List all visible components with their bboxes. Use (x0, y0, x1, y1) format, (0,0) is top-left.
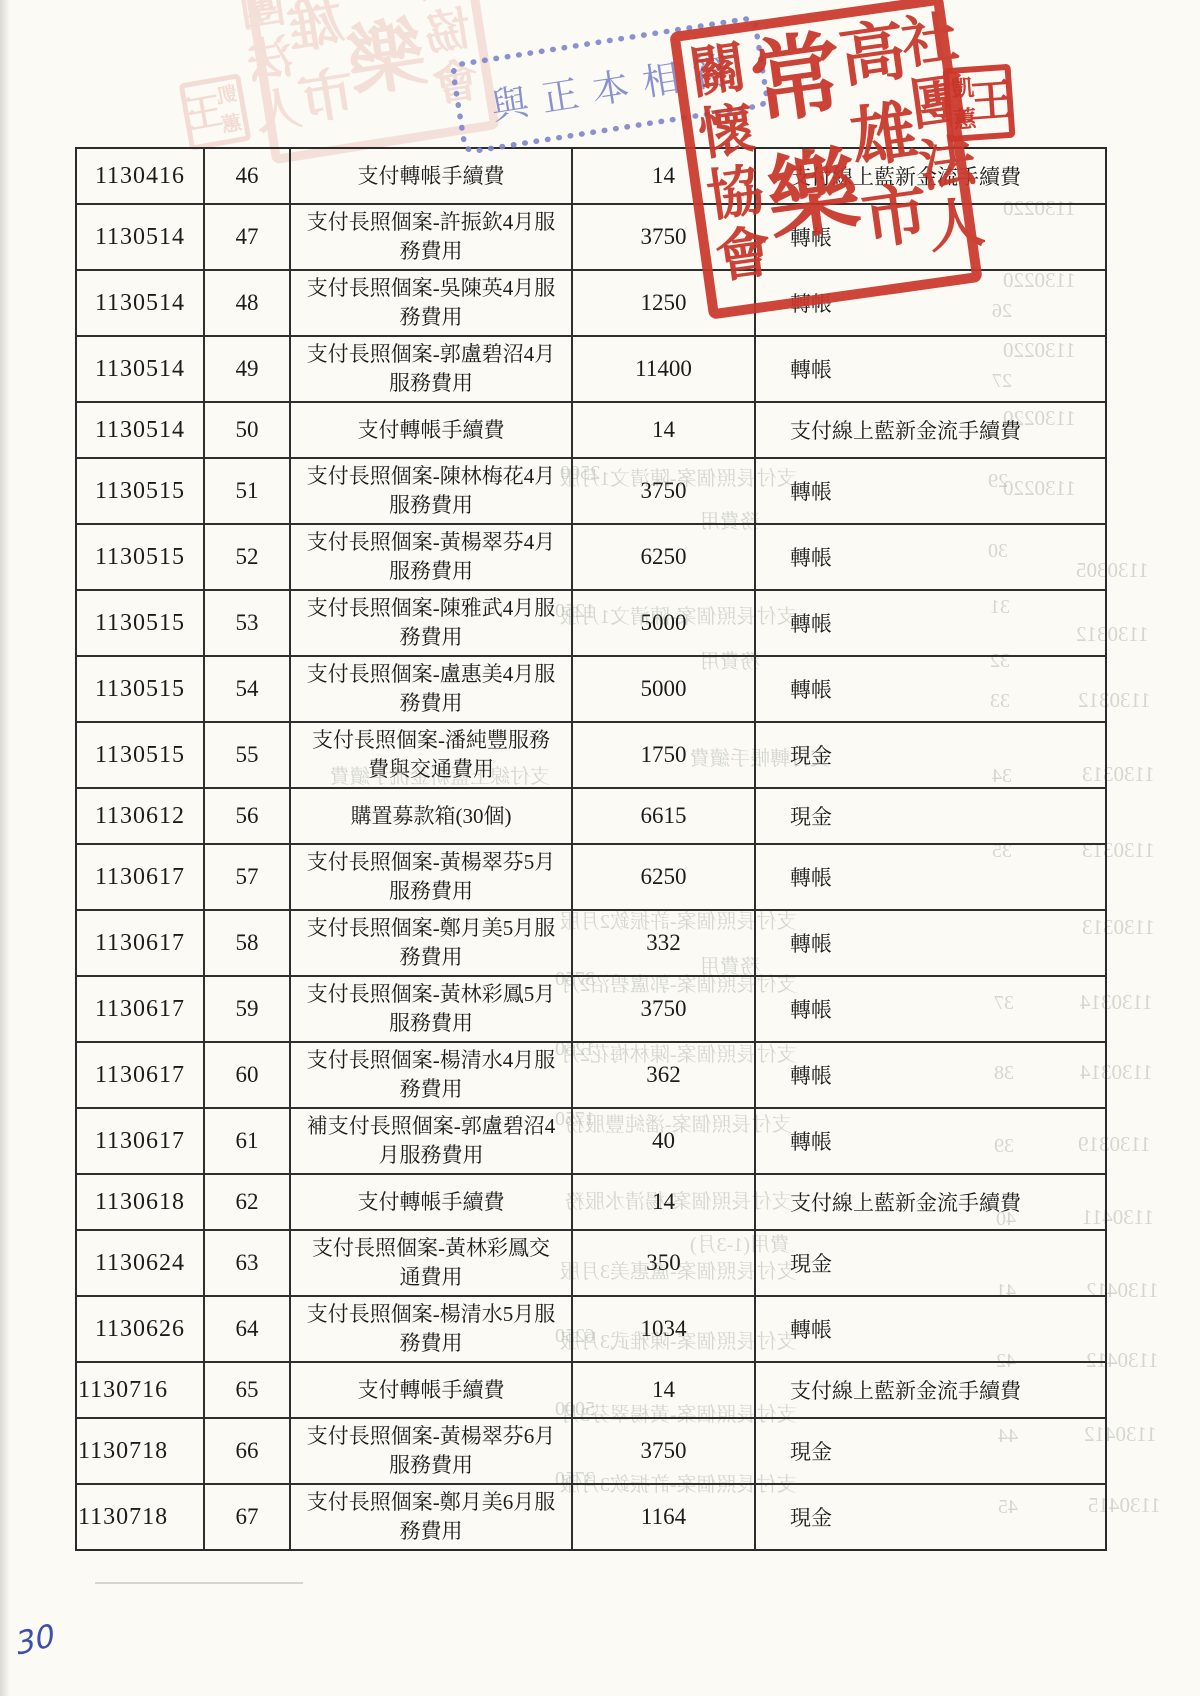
cell-description: 支付轉帳手續費 (291, 1363, 573, 1417)
scan-line-artifact (95, 1582, 303, 1584)
cell-amount: 6615 (573, 789, 756, 843)
cell-seq: 51 (205, 459, 291, 523)
cell-date: 1130515 (77, 657, 205, 721)
cell-date: 1130515 (77, 591, 205, 655)
cell-seq: 46 (205, 149, 291, 203)
table-row: 113051449支付長照個案-郭盧碧沼4月 服務費用11400轉帳 (77, 337, 1105, 403)
cell-amount: 6250 (573, 845, 756, 909)
cell-method: 現金 (756, 1419, 1105, 1483)
table-row: 113051551支付長照個案-陳林梅花4月 服務費用3750轉帳 (77, 459, 1105, 525)
cell-method: 支付線上藍新金流手續費 (756, 1363, 1105, 1417)
cell-description: 購置募款箱(30個) (291, 789, 573, 843)
table-row: 113061759支付長照個案-黃林彩鳳5月 服務費用3750轉帳 (77, 977, 1105, 1043)
cell-description: 補支付長照個案-郭盧碧沼4 月服務費用 (291, 1109, 573, 1173)
cell-amount: 14 (573, 1363, 756, 1417)
cell-description: 支付長照個案-盧惠美4月服 務費用 (291, 657, 573, 721)
cell-seq: 52 (205, 525, 291, 589)
cell-amount: 362 (573, 1043, 756, 1107)
cell-date: 1130617 (77, 1109, 205, 1173)
table-row: 113071665支付轉帳手續費14支付線上藍新金流手續費 (77, 1363, 1105, 1419)
cell-method: 現金 (756, 789, 1105, 843)
cell-date: 1130718 (77, 1485, 205, 1549)
cell-amount: 6250 (573, 525, 756, 589)
cell-method: 轉帳 (756, 1043, 1105, 1107)
cell-method: 轉帳 (756, 337, 1105, 401)
cell-description: 支付長照個案-許振欽4月服 務費用 (291, 205, 573, 269)
seal-char: 王 (184, 83, 222, 145)
seal-char: 凱 (215, 84, 238, 107)
cell-seq: 56 (205, 789, 291, 843)
cell-description: 支付轉帳手續費 (291, 1175, 573, 1229)
cell-amount: 5000 (573, 591, 756, 655)
name-seal-stamp: 凱 蕙 王 (943, 64, 1016, 143)
cell-description: 支付長照個案-鄭月美5月服 務費用 (291, 911, 573, 975)
cell-date: 1130624 (77, 1231, 205, 1295)
table-row: 113051555支付長照個案-潘純豐服務 費與交通費用1750現金 (77, 723, 1105, 789)
cell-description: 支付長照個案-楊清水4月服 務費用 (291, 1043, 573, 1107)
cell-amount: 350 (573, 1231, 756, 1295)
table-row: 113061256購置募款箱(30個)6615現金 (77, 789, 1105, 845)
cell-description: 支付長照個案-黃楊翠芬6月 服務費用 (291, 1419, 573, 1483)
table-row: 113051553支付長照個案-陳雅武4月服 務費用5000轉帳 (77, 591, 1105, 657)
cell-method: 轉帳 (756, 977, 1105, 1041)
cell-method: 現金 (756, 723, 1105, 787)
cell-seq: 67 (205, 1485, 291, 1549)
cell-amount: 40 (573, 1109, 756, 1173)
cell-seq: 57 (205, 845, 291, 909)
cell-seq: 64 (205, 1297, 291, 1361)
cell-description: 支付長照個案-黃林彩鳳交 通費用 (291, 1231, 573, 1295)
cell-seq: 66 (205, 1419, 291, 1483)
cell-amount: 11400 (573, 337, 756, 401)
cell-seq: 61 (205, 1109, 291, 1173)
cell-method: 轉帳 (756, 525, 1105, 589)
cell-description: 支付長照個案-吳陳英4月服 務費用 (291, 271, 573, 335)
table-row: 113051554支付長照個案-盧惠美4月服 務費用5000轉帳 (77, 657, 1105, 723)
table-row: 113061758支付長照個案-鄭月美5月服 務費用332轉帳 (77, 911, 1105, 977)
cell-seq: 48 (205, 271, 291, 335)
cell-description: 支付轉帳手續費 (291, 149, 573, 203)
table-row: 113071867支付長照個案-鄭月美6月服 務費用1164現金 (77, 1485, 1105, 1549)
cell-date: 1130617 (77, 1043, 205, 1107)
cell-seq: 47 (205, 205, 291, 269)
cell-seq: 49 (205, 337, 291, 401)
cell-date: 1130612 (77, 789, 205, 843)
seal-char: 王 (974, 70, 1009, 134)
cell-date: 1130514 (77, 271, 205, 335)
cell-seq: 65 (205, 1363, 291, 1417)
scanned-ledger-page: 社團法人 高雄市 常樂 關懷協會 凱 蕙 王 與正本相符 社團法人 高雄市 常樂… (0, 0, 1200, 1696)
cell-method: 現金 (756, 1231, 1105, 1295)
cell-seq: 53 (205, 591, 291, 655)
cell-seq: 63 (205, 1231, 291, 1295)
cell-description: 支付長照個案-潘純豐服務 費與交通費用 (291, 723, 573, 787)
cell-date: 1130416 (77, 149, 205, 203)
seal-char: 蕙 (220, 112, 243, 135)
cell-amount: 1750 (573, 723, 756, 787)
cell-date: 1130514 (77, 337, 205, 401)
cell-method: 轉帳 (756, 657, 1105, 721)
cell-method: 現金 (756, 1485, 1105, 1549)
table-row: 113071866支付長照個案-黃楊翠芬6月 服務費用3750現金 (77, 1419, 1105, 1485)
table-row: 113051552支付長照個案-黃楊翠芬4月 服務費用6250轉帳 (77, 525, 1105, 591)
cell-description: 支付長照個案-鄭月美6月服 務費用 (291, 1485, 573, 1549)
cell-date: 1130514 (77, 403, 205, 457)
seal-column: 常樂 (332, 0, 443, 136)
cell-date: 1130515 (77, 459, 205, 523)
cell-date: 1130515 (77, 723, 205, 787)
cell-amount: 3750 (573, 459, 756, 523)
cell-description: 支付長照個案-楊清水5月服 務費用 (291, 1297, 573, 1361)
cell-description: 支付長照個案-陳林梅花4月 服務費用 (291, 459, 573, 523)
cell-date: 1130617 (77, 845, 205, 909)
cell-amount: 3750 (573, 1419, 756, 1483)
table-row: 113062664支付長照個案-楊清水5月服 務費用1034轉帳 (77, 1297, 1105, 1363)
cell-method: 轉帳 (756, 1109, 1105, 1173)
cell-seq: 59 (205, 977, 291, 1041)
cell-date: 1130626 (77, 1297, 205, 1361)
cell-amount: 14 (573, 403, 756, 457)
handwritten-page-number: 30 (14, 1617, 57, 1662)
cell-seq: 54 (205, 657, 291, 721)
table-row: 113061757支付長照個案-黃楊翠芬5月 服務費用6250轉帳 (77, 845, 1105, 911)
cell-method: 轉帳 (756, 1297, 1105, 1361)
cell-seq: 58 (205, 911, 291, 975)
cell-method: 轉帳 (756, 591, 1105, 655)
seal-column: 高雄市 (277, 0, 367, 145)
cell-method: 支付線上藍新金流手續費 (756, 1175, 1105, 1229)
cell-method: 支付線上藍新金流手續費 (756, 403, 1105, 457)
cell-date: 1130617 (77, 977, 205, 1041)
table-row: 113061760支付長照個案-楊清水4月服 務費用362轉帳 (77, 1043, 1105, 1109)
ledger-table: 113041646支付轉帳手續費14支付線上藍新金流手續費113051447支付… (75, 147, 1107, 1551)
cell-description: 支付轉帳手續費 (291, 403, 573, 457)
cell-date: 1130716 (77, 1363, 205, 1417)
cell-seq: 50 (205, 403, 291, 457)
cell-seq: 60 (205, 1043, 291, 1107)
table-row: 113061862支付轉帳手續費14支付線上藍新金流手續費 (77, 1175, 1105, 1231)
cell-amount: 1164 (573, 1485, 756, 1549)
cell-description: 支付長照個案-黃楊翠芬5月 服務費用 (291, 845, 573, 909)
cell-date: 1130514 (77, 205, 205, 269)
cell-description: 支付長照個案-黃楊翠芬4月 服務費用 (291, 525, 573, 589)
cell-amount: 14 (573, 1175, 756, 1229)
cell-date: 1130618 (77, 1175, 205, 1229)
name-seal-given: 凱 蕙 (213, 79, 246, 140)
cell-method: 轉帳 (756, 911, 1105, 975)
cell-description: 支付長照個案-黃林彩鳳5月 服務費用 (291, 977, 573, 1041)
cell-date: 1130718 (77, 1419, 205, 1483)
cell-seq: 62 (205, 1175, 291, 1229)
cell-description: 支付長照個案-陳雅武4月服 務費用 (291, 591, 573, 655)
cell-date: 1130617 (77, 911, 205, 975)
cell-date: 1130515 (77, 525, 205, 589)
cell-amount: 3750 (573, 977, 756, 1041)
cell-amount: 332 (573, 911, 756, 975)
cell-seq: 55 (205, 723, 291, 787)
cell-description: 支付長照個案-郭盧碧沼4月 服務費用 (291, 337, 573, 401)
name-seal-ghost: 凱 蕙 王 (179, 73, 252, 151)
table-row: 113062463支付長照個案-黃林彩鳳交 通費用350現金 (77, 1231, 1105, 1297)
cell-method: 轉帳 (756, 845, 1105, 909)
org-seal-stamp: 社團法人 高雄市 常樂 關懷協會 (669, 0, 983, 320)
table-row: 113061761補支付長照個案-郭盧碧沼4 月服務費用40轉帳 (77, 1109, 1105, 1175)
seal-column: 社團法人 (231, 0, 311, 152)
cell-amount: 5000 (573, 657, 756, 721)
cell-amount: 1034 (573, 1297, 756, 1361)
cell-method: 轉帳 (756, 459, 1105, 523)
table-row: 113051450支付轉帳手續費14支付線上藍新金流手續費 (77, 403, 1105, 459)
